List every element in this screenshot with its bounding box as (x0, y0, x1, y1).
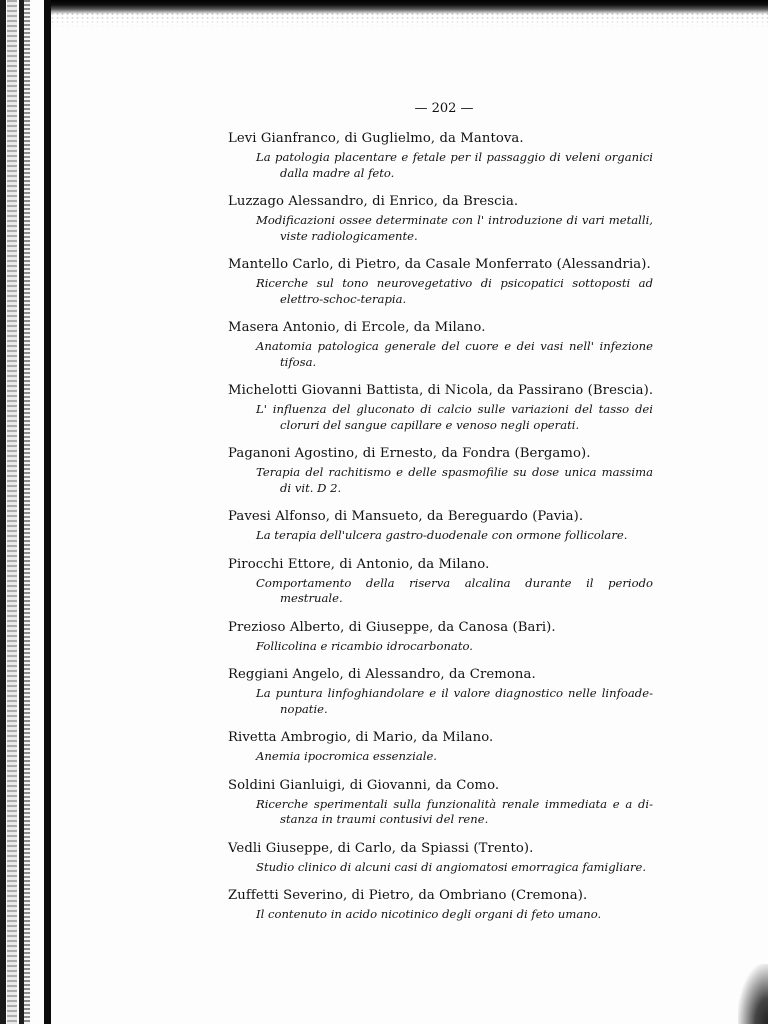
thesis-title: Studio clinico di alcuni casi di angioma… (228, 860, 653, 876)
scan-top-speckle (50, 12, 768, 28)
author-line: Prezioso Alberto, di Giuseppe, da Canosa… (228, 619, 653, 637)
author-line: Mantello Carlo, di Pietro, da Casale Mon… (228, 256, 653, 274)
author-line: Paganoni Agostino, di Ernesto, da Fondra… (228, 445, 653, 463)
author-line: Reggiani Angelo, di Alessandro, da Cremo… (228, 666, 653, 684)
thesis-title: Ricerche sul tono neurovegetativo di psi… (228, 276, 653, 307)
list-item: Zuffetti Severino, di Pietro, da Ombrian… (228, 887, 653, 923)
author-line: Michelotti Giovanni Battista, di Nicola,… (228, 382, 653, 400)
author-line: Levi Gianfranco, di Guglielmo, da Mantov… (228, 130, 653, 148)
thesis-title: L' influenza del gluconato di calcio sul… (228, 402, 653, 433)
author-line: Vedli Giuseppe, di Carlo, da Spiassi (Tr… (228, 840, 653, 858)
list-item: Pavesi Alfonso, di Mansueto, da Bereguar… (228, 508, 653, 544)
author-line: Luzzago Alessandro, di Enrico, da Bresci… (228, 193, 653, 211)
thesis-title: Anemia ipocromica essenziale. (228, 749, 653, 765)
author-line: Pavesi Alfonso, di Mansueto, da Bereguar… (228, 508, 653, 526)
author-line: Zuffetti Severino, di Pietro, da Ombrian… (228, 887, 653, 905)
book-binding-texture (7, 0, 17, 1024)
list-item: Pirocchi Ettore, di Antonio, da Milano. … (228, 556, 653, 607)
author-line: Masera Antonio, di Ercole, da Milano. (228, 319, 653, 337)
thesis-title: Modificazioni ossee determinate con l' i… (228, 213, 653, 244)
thesis-list: Levi Gianfranco, di Guglielmo, da Mantov… (228, 130, 653, 935)
list-item: Paganoni Agostino, di Ernesto, da Fondra… (228, 445, 653, 496)
author-line: Soldini Gianluigi, di Giovanni, da Como. (228, 777, 653, 795)
thesis-title: Comportamento della riserva alcalina dur… (228, 576, 653, 607)
scan-corner-shadow (738, 964, 768, 1024)
thesis-title: Follicolina e ricambio idrocarbonato. (228, 639, 653, 655)
thesis-title: La puntura linfoghiandolare e il valore … (228, 686, 653, 717)
page-number: — 202 — (0, 101, 768, 116)
page-gutter-shadow (44, 0, 51, 1024)
list-item: Vedli Giuseppe, di Carlo, da Spiassi (Tr… (228, 840, 653, 876)
list-item: Luzzago Alessandro, di Enrico, da Bresci… (228, 193, 653, 244)
list-item: Prezioso Alberto, di Giuseppe, da Canosa… (228, 619, 653, 655)
list-item: Michelotti Giovanni Battista, di Nicola,… (228, 382, 653, 433)
author-line: Pirocchi Ettore, di Antonio, da Milano. (228, 556, 653, 574)
thesis-title: Anatomia patologica generale del cuore e… (228, 339, 653, 370)
list-item: Mantello Carlo, di Pietro, da Casale Mon… (228, 256, 653, 307)
thesis-title: Ricerche sperimentali sulla funzionalità… (228, 797, 653, 828)
author-line: Rivetta Ambrogio, di Mario, da Milano. (228, 729, 653, 747)
list-item: Levi Gianfranco, di Guglielmo, da Mantov… (228, 130, 653, 181)
book-binding-texture (24, 0, 30, 1024)
thesis-title: Terapia del rachitismo e delle spasmofil… (228, 465, 653, 496)
thesis-title: La patologia placentare e fetale per il … (228, 150, 653, 181)
list-item: Soldini Gianluigi, di Giovanni, da Como.… (228, 777, 653, 828)
list-item: Reggiani Angelo, di Alessandro, da Cremo… (228, 666, 653, 717)
list-item: Masera Antonio, di Ercole, da Milano. An… (228, 319, 653, 370)
thesis-title: Il contenuto in acido nicotinico degli o… (228, 907, 653, 923)
thesis-title: La terapia dell'ulcera gastro-duodenale … (228, 528, 653, 544)
book-binding-edge (0, 0, 6, 1024)
list-item: Rivetta Ambrogio, di Mario, da Milano. A… (228, 729, 653, 765)
